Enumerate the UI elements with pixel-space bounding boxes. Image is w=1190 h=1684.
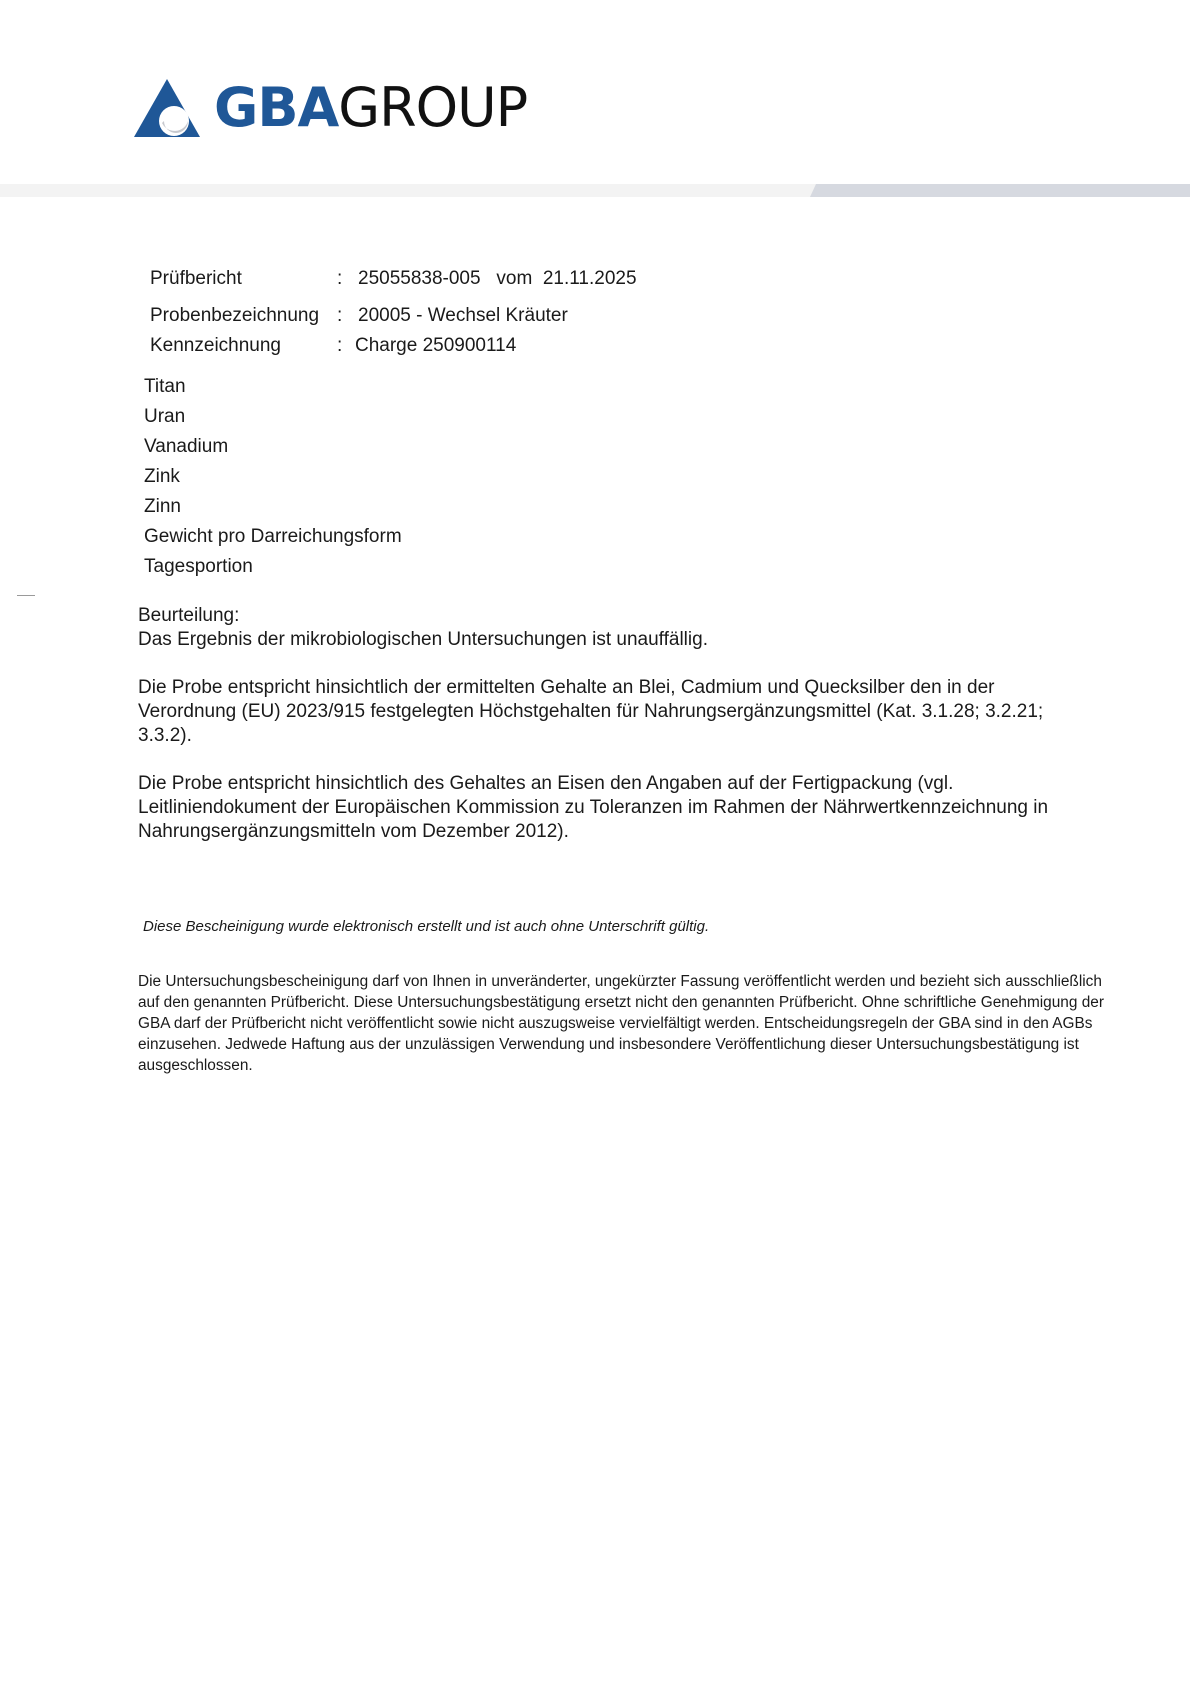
parameter-item: Tagesportion — [144, 556, 402, 586]
gba-group-logo: GBA GROUP — [132, 76, 527, 140]
publication-disclaimer: Die Untersuchungsbescheinigung darf von … — [138, 971, 1118, 1076]
parameter-item: Zinn — [144, 496, 402, 526]
parameter-item: Zink — [144, 466, 402, 496]
electronic-certificate-note: Diese Bescheinigung wurde elektronisch e… — [143, 918, 709, 935]
margin-mark — [17, 595, 35, 596]
meta-value: 20005 - Wechsel Kräuter — [358, 305, 568, 327]
assessment-heavy-metals: Die Probe entspricht hinsichtlich der er… — [138, 676, 1078, 748]
meta-separator: : — [337, 305, 342, 327]
gba-triangle-logo-icon — [132, 77, 202, 139]
meta-label: Prüfbericht — [150, 268, 242, 290]
assessment-heading: Beurteilung: — [138, 604, 1078, 628]
parameter-item: Uran — [144, 406, 402, 436]
parameter-item: Vanadium — [144, 436, 402, 466]
assessment-iron: Die Probe entspricht hinsichtlich des Ge… — [138, 772, 1078, 844]
meta-label: Kennzeichnung — [150, 335, 281, 357]
assessment-section: Beurteilung: Das Ergebnis der mikrobiolo… — [138, 604, 1078, 868]
meta-separator: : — [337, 335, 342, 357]
parameter-list: Titan Uran Vanadium Zink Zinn Gewicht pr… — [144, 376, 402, 586]
meta-separator: : — [337, 268, 342, 290]
assessment-microbiology: Das Ergebnis der mikrobiologischen Unter… — [138, 628, 1078, 652]
logo-text-gba: GBA — [214, 81, 338, 135]
header-divider-accent — [810, 184, 1190, 197]
parameter-item: Titan — [144, 376, 402, 406]
meta-label: Probenbezeichnung — [150, 305, 319, 327]
parameter-item: Gewicht pro Darreichungsform — [144, 526, 402, 556]
logo-text-group: GROUP — [338, 81, 527, 135]
meta-value: 25055838-005 vom 21.11.2025 — [358, 268, 637, 290]
meta-value: Charge 250900114 — [355, 335, 516, 357]
